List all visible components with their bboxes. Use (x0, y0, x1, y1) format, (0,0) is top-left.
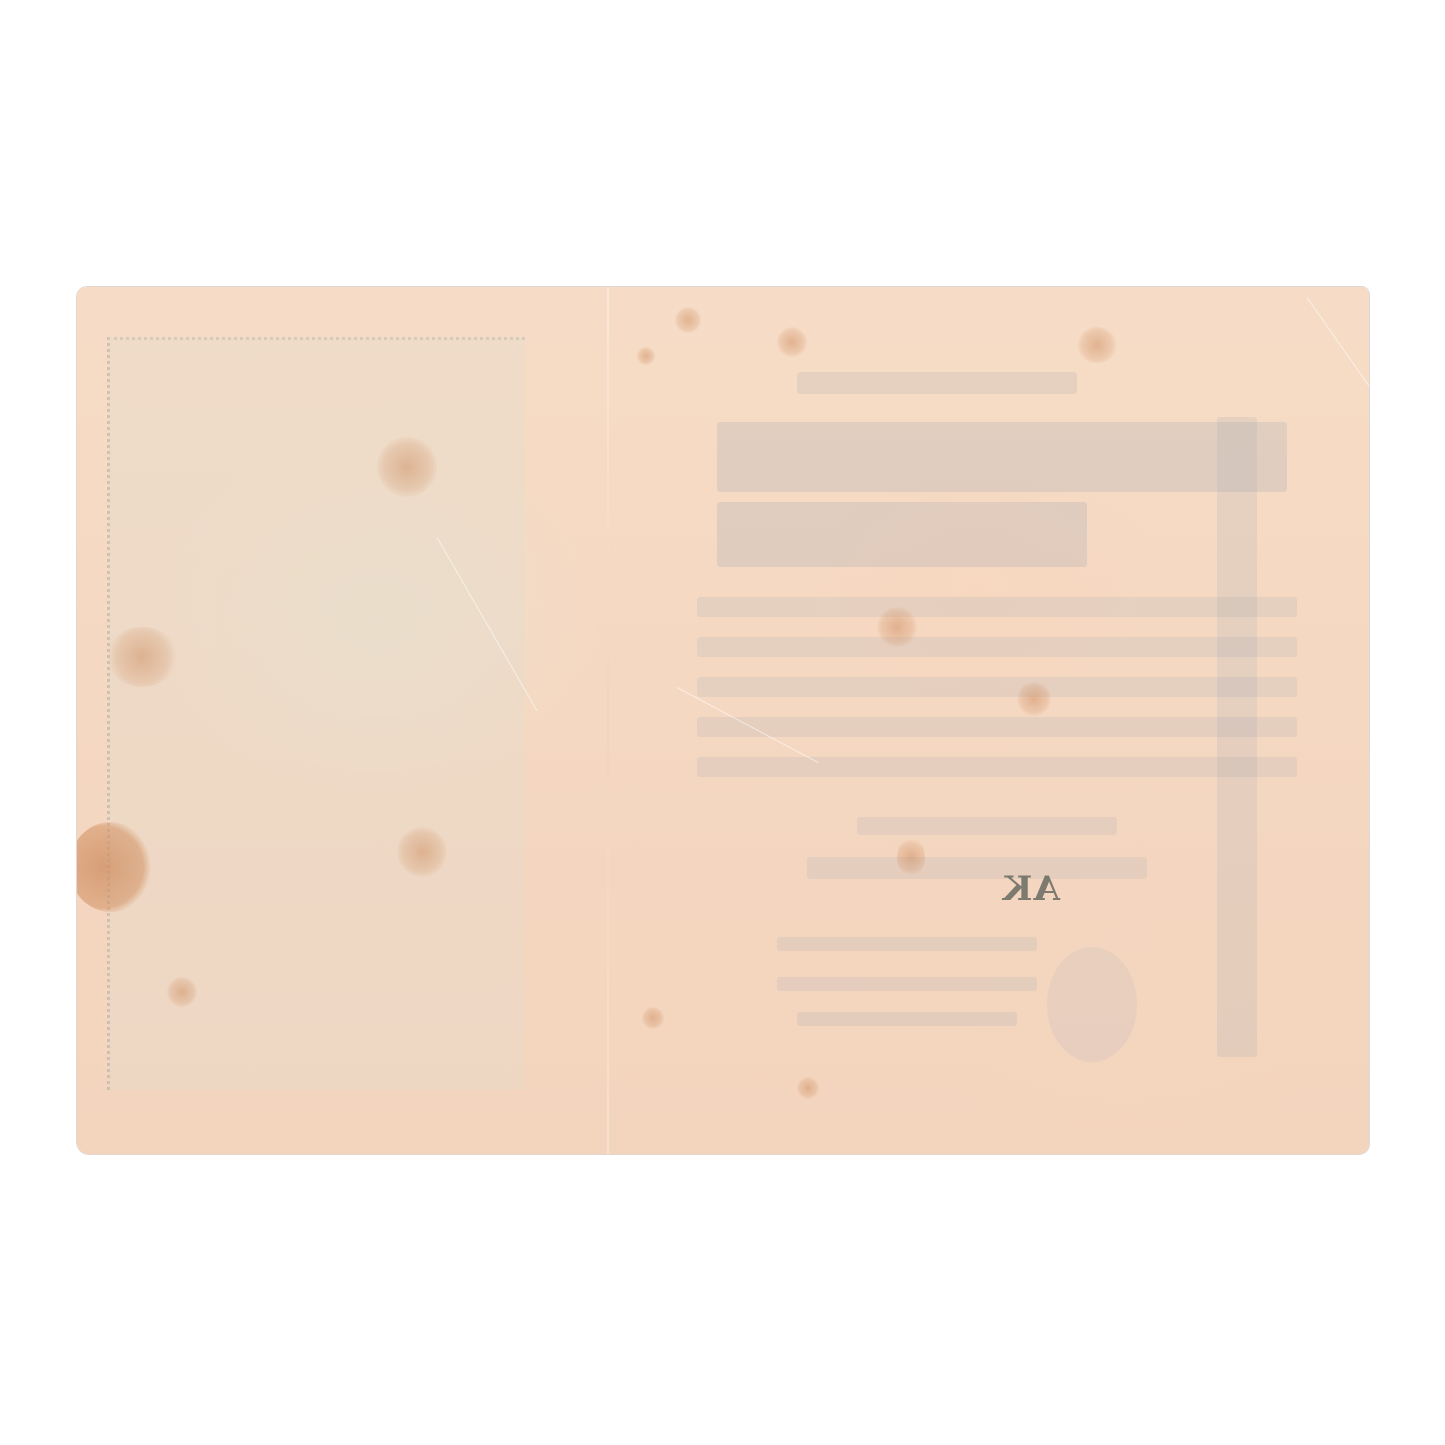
serial-letters: AK (1002, 869, 1060, 909)
bleed-through-text (857, 817, 1117, 835)
bleed-through-title (717, 422, 1287, 492)
bleed-through-signature (797, 1012, 1017, 1026)
bleed-through-signature (777, 937, 1037, 951)
bleed-through-text (697, 757, 1297, 777)
bleed-through-seal (1047, 947, 1137, 1062)
bleed-through-text (697, 597, 1297, 617)
foxing-spot (642, 1007, 664, 1029)
foxing-spot (397, 827, 447, 877)
foxing-spot (797, 1077, 819, 1099)
bleed-through-title (717, 502, 1087, 567)
bleed-through-text (697, 637, 1297, 657)
foxing-spot (637, 347, 655, 365)
foxing-spot (877, 607, 917, 647)
foxing-spot (675, 307, 701, 333)
banknote: AK (77, 287, 1369, 1154)
foxing-spot (1077, 327, 1117, 363)
foxing-spot (1017, 682, 1051, 716)
vertical-fold-line (607, 287, 609, 1154)
foxing-spot (167, 977, 197, 1007)
foxing-spot (777, 327, 807, 357)
foxing-spot (897, 837, 925, 877)
foxing-spot (107, 627, 177, 687)
bleed-through-border (1217, 417, 1257, 1057)
bleed-through-text (697, 677, 1297, 697)
left-watermark-panel (107, 337, 525, 1090)
foxing-spot (377, 437, 437, 497)
paper-crease (1307, 297, 1369, 396)
bleed-through-text (797, 372, 1077, 394)
bleed-through-signature (777, 977, 1037, 991)
bleed-through-text (697, 717, 1297, 737)
bleed-through-text (807, 857, 1147, 879)
